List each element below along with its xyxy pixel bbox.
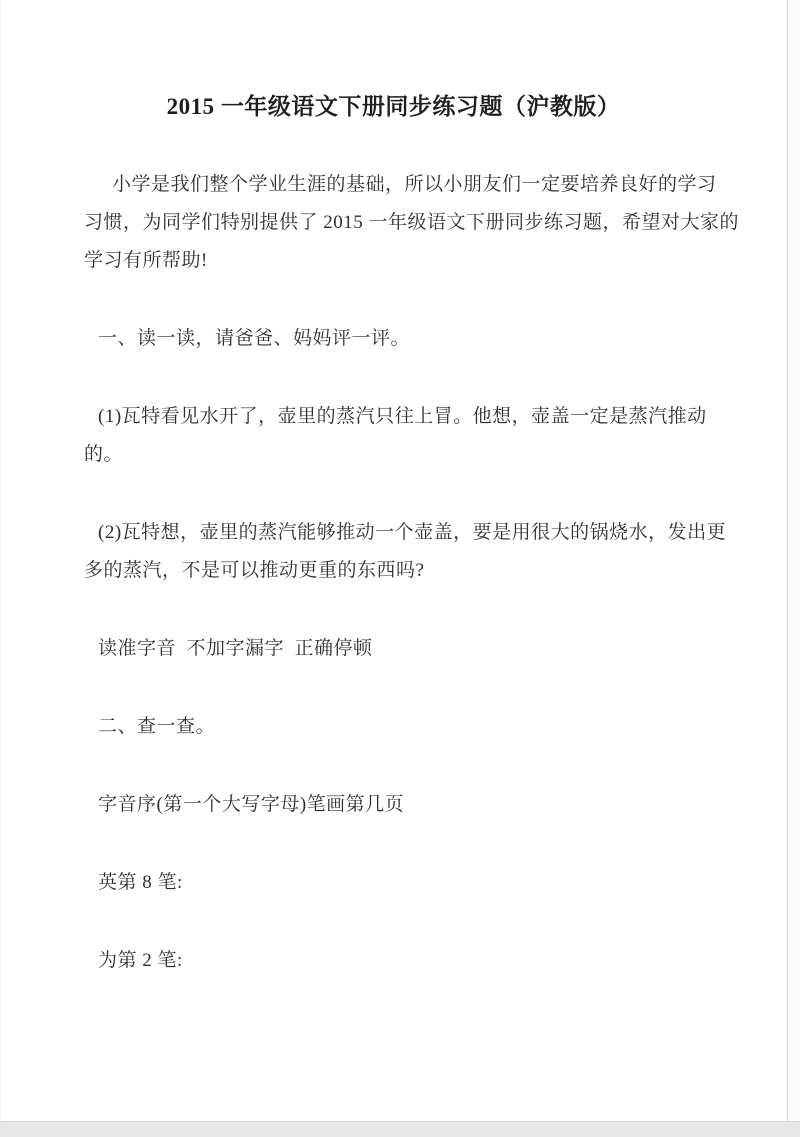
text-block: (2)瓦特想，壶里的蒸汽能够推动一个壶盖，要是用很大的锅烧水，发出更 多的蒸汽，… (84, 514, 747, 590)
section-heading: 一、读一读，请爸爸、妈妈评一评。 (84, 320, 747, 358)
document-body: 小学是我们整个学业生涯的基础，所以小朋友们一定要培养良好的学习 习惯，为同学们特… (0, 166, 787, 980)
text-block: 小学是我们整个学业生涯的基础，所以小朋友们一定要培养良好的学习 习惯，为同学们特… (84, 166, 747, 280)
text-block: 为第 2 笔: (84, 942, 747, 980)
page-right-edge (787, 0, 788, 1121)
text-block: 读准字音 不加字漏字 正确停顿 (84, 630, 747, 668)
text-block: 英第 8 笔: (84, 864, 747, 902)
text-block: 字音序(第一个大写字母)笔画第几页 (84, 786, 747, 824)
document-title: 2015 一年级语文下册同步练习题（沪教版） (0, 88, 787, 126)
text-block: (1)瓦特看见水开了，壶里的蒸汽只往上冒。他想，壶盖一定是蒸汽推动 的。 (84, 398, 747, 474)
page-content: 2015 一年级语文下册同步练习题（沪教版） 小学是我们整个学业生涯的基础，所以… (0, 0, 787, 1020)
viewer-right-strip (788, 0, 800, 1121)
viewer-bottom-bar (0, 1121, 800, 1137)
page-left-edge (0, 0, 1, 1121)
section-heading: 二、查一查。 (84, 708, 747, 746)
